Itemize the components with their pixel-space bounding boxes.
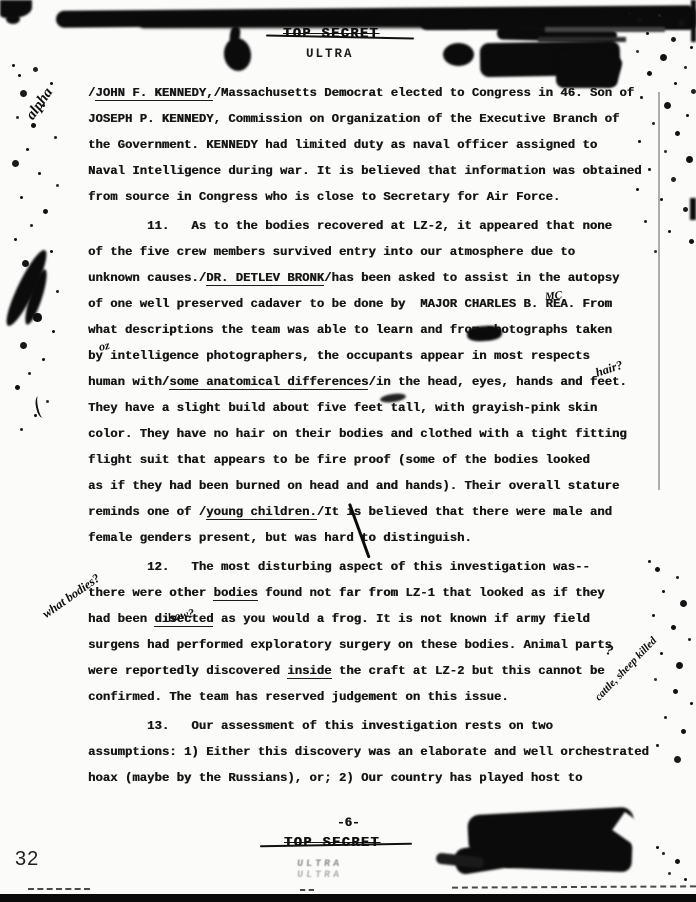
document-line: assumptions: 1) Either this discovery wa…: [88, 739, 668, 765]
text-segment: Naval Intelligence during war. It is bel…: [88, 164, 641, 178]
text-segment: confirmed. The team has reserved judgeme…: [88, 690, 509, 704]
text-segment: hoax (maybe by the Russians), or; 2) Our…: [88, 771, 582, 785]
document-line: what descriptions the team was able to l…: [88, 317, 668, 343]
underlined-text: young children.: [206, 505, 317, 520]
document-line: as if they had been burned on head and a…: [88, 473, 668, 499]
handwritten-note-alpha: alpha: [23, 85, 57, 123]
handwritten-note-mc: MC: [544, 289, 562, 303]
text-segment: /Massachusetts Democrat elected to Congr…: [213, 86, 634, 100]
text-segment: human with/: [88, 375, 169, 389]
scan-noise: [656, 846, 659, 849]
text-segment: JOSEPH P. KENNEDY, Commission on Organiz…: [88, 112, 619, 126]
paragraph-kennedy: /JOHN F. KENNEDY,/Massachusetts Democrat…: [88, 80, 668, 210]
scan-noise-hook: [34, 395, 47, 418]
text-segment: of the five crew members survived entry …: [88, 245, 575, 259]
text-segment: there were other: [88, 586, 213, 600]
text-segment: unknown causes./: [88, 271, 206, 285]
document-line: color. They have no hair on their bodies…: [88, 421, 668, 447]
paragraph-para-11: 11. As to the bodies recovered at LZ-2, …: [88, 213, 668, 551]
text-segment: 11. As to the bodies recovered at LZ-2, …: [88, 219, 612, 233]
document-line: 12. The most disturbing aspect of this i…: [88, 554, 668, 580]
text-segment: 12. The most disturbing aspect of this i…: [88, 560, 590, 574]
text-segment: color. They have no hair on their bodies…: [88, 427, 627, 441]
scanned-document-page: TOP SECRET ULTRA /JOHN F. KENNEDY,/Massa…: [0, 0, 696, 902]
scan-noise: [6, 14, 20, 24]
text-segment: /It is believed that there were male and: [317, 505, 612, 519]
scan-noise: [12, 64, 15, 67]
handwritten-note-oz: oz: [97, 338, 111, 355]
document-line: the Government. KENNEDY had limited duty…: [88, 132, 668, 158]
underlined-text: bodies: [213, 586, 257, 601]
document-line: JOSEPH P. KENNEDY, Commission on Organiz…: [88, 106, 668, 132]
scan-dashed-line: [452, 885, 696, 888]
text-segment: as if they had been burned on head and a…: [88, 479, 619, 493]
document-line: were reportedly discovered inside the cr…: [88, 658, 668, 684]
document-body: /JOHN F. KENNEDY,/Massachusetts Democrat…: [88, 80, 668, 791]
scan-bottom-bar: [0, 894, 696, 902]
document-line: there were other bodies found not far fr…: [88, 580, 668, 606]
document-line: female genders present, but was hard to …: [88, 525, 668, 551]
text-segment: surgens had performed exploratory surger…: [88, 638, 612, 652]
document-line: of the five crew members survived entry …: [88, 239, 668, 265]
text-segment: female genders present, but was hard to …: [88, 531, 472, 545]
paragraph-para-12: 12. The most disturbing aspect of this i…: [88, 554, 668, 710]
text-segment: by intelligence photographers, the occup…: [88, 349, 590, 363]
codeword-ultra-bottom-2: ULTRA: [296, 870, 342, 881]
text-segment: reminds one of /: [88, 505, 206, 519]
text-segment: of one well preserved cadaver to be done…: [88, 297, 612, 311]
document-line: hoax (maybe by the Russians), or; 2) Our…: [88, 765, 668, 791]
document-line: Naval Intelligence during war. It is bel…: [88, 158, 668, 184]
paragraph-para-13: 13. Our assessment of this investigation…: [88, 713, 668, 791]
text-segment: from source in Congress who is close to …: [88, 190, 560, 204]
scan-dashed-line: [300, 889, 314, 891]
text-segment: /in the head, eyes, hands and feet.: [368, 375, 626, 389]
document-line: They have a slight build about five feet…: [88, 395, 668, 421]
scan-noise: [648, 560, 651, 563]
text-segment: as you would a frog. It is not known if …: [213, 612, 589, 626]
text-segment: what descriptions the team was able to l…: [88, 323, 612, 337]
document-line: 11. As to the bodies recovered at LZ-2, …: [88, 213, 668, 239]
document-line: of one well preserved cadaver to be done…: [88, 291, 668, 317]
text-segment: 13. Our assessment of this investigation…: [88, 719, 553, 733]
document-line: from source in Congress who is close to …: [88, 184, 668, 210]
scan-noise: [691, 0, 696, 42]
scan-edge-line: [658, 92, 660, 490]
text-segment: They have a slight build about five feet…: [88, 401, 597, 415]
text-segment: flight suit that appears to be fire proo…: [88, 453, 590, 467]
scan-noise: [628, 12, 631, 15]
document-line: /JOHN F. KENNEDY,/Massachusetts Democrat…: [88, 80, 668, 106]
underlined-text: JOHN F. KENNEDY,: [95, 86, 213, 101]
scan-dashed-line: [28, 888, 90, 890]
text-segment: found not far from LZ-1 that looked as i…: [258, 586, 605, 600]
codeword-ultra-top: ULTRA: [306, 47, 354, 61]
scan-streak: [545, 27, 665, 32]
codeword-ultra-bottom-1: ULTRA: [296, 859, 342, 870]
text-segment: the craft at LZ-2 but this cannot be: [332, 664, 605, 678]
document-line: by intelligence photographers, the occup…: [88, 343, 668, 369]
scan-page-number: 32: [15, 848, 39, 871]
text-segment: were reportedly discovered: [88, 664, 287, 678]
document-line: unknown causes./DR. DETLEV BRONK/has bee…: [88, 265, 668, 291]
page-number: -6-: [337, 816, 360, 830]
document-line: reminds one of /young children./It is be…: [88, 499, 668, 525]
underlined-text: some anatomical differences: [169, 375, 368, 390]
underlined-text: DR. DETLEV BRONK: [206, 271, 324, 286]
text-segment: had been: [88, 612, 154, 626]
text-segment: the Government. KENNEDY had limited duty…: [88, 138, 597, 152]
text-segment: /has been asked to assist in the autopsy: [324, 271, 619, 285]
ink-blot: [443, 43, 474, 66]
document-line: human with/some anatomical differences/i…: [88, 369, 668, 395]
document-line: surgens had performed exploratory surger…: [88, 632, 668, 658]
underlined-text: inside: [287, 664, 331, 679]
document-line: confirmed. The team has reserved judgeme…: [88, 684, 668, 710]
scan-noise: [690, 198, 696, 220]
text-segment: assumptions: 1) Either this discovery wa…: [88, 745, 649, 759]
document-line: 13. Our assessment of this investigation…: [88, 713, 668, 739]
document-line: flight suit that appears to be fire proo…: [88, 447, 668, 473]
